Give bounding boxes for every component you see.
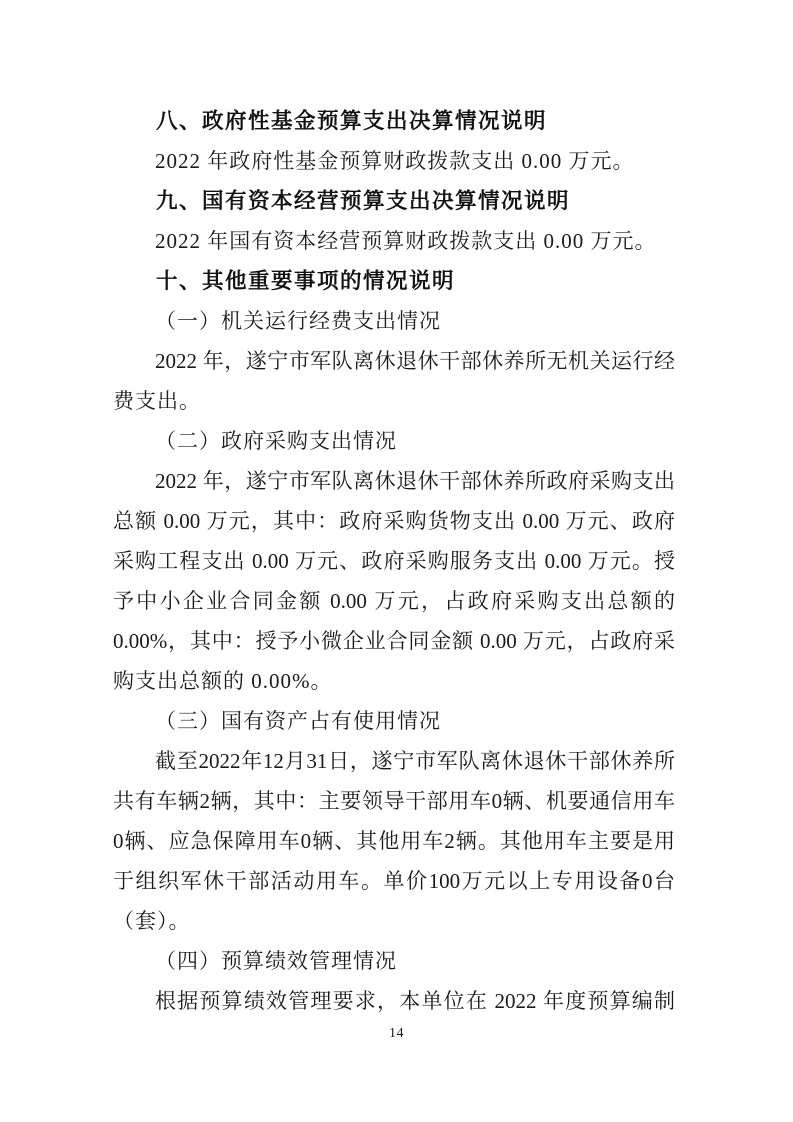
paragraph-line: 共有车辆2辆，其中：主要领导干部用车0辆、机要通信用车 [113,781,675,821]
paragraph-line: 于组织军休干部活动用车。单价100万元以上专用设备0台 [113,861,675,901]
section-heading-line: 十、其他重要事项的情况说明 [113,261,675,301]
document-page: 八、政府性基金预算支出决算情况说明2022 年政府性基金预算财政拨款支出 0.0… [0,0,793,1122]
paragraph-line: （套）。 [113,901,675,941]
document-viewer: { "page": { "number": "14" }, "colors": … [0,0,793,1122]
paragraph-line: 2022 年，遂宁市军队离休退休干部休养所政府采购支出 [113,461,675,501]
section-heading-line: 九、国有资本经营预算支出决算情况说明 [113,181,675,221]
paragraph-line: 购支出总额的 0.00%。 [113,661,675,701]
paragraph-line: 2022 年政府性基金预算财政拨款支出 0.00 万元。 [113,141,675,181]
paragraph-line: 2022 年国有资本经营预算财政拨款支出 0.00 万元。 [113,221,675,261]
section-heading-line: 八、政府性基金预算支出决算情况说明 [113,101,675,141]
subsection-heading-line: （三）国有资产占有使用情况 [113,701,675,741]
subsection-heading-line: （四）预算绩效管理情况 [113,941,675,981]
paragraph-line: 截至2022年12月31日，遂宁市军队离休退休干部休养所 [113,741,675,781]
paragraph-line: 0辆、应急保障用车0辆、其他用车2辆。其他用车主要是用 [113,821,675,861]
paragraph-line: 2022 年，遂宁市军队离休退休干部休养所无机关运行经 [113,341,675,381]
paragraph-line: 采购工程支出 0.00 万元、政府采购服务支出 0.00 万元。授 [113,541,675,581]
paragraph-line: 费支出。 [113,381,675,421]
paragraph-line: 予中小企业合同金额 0.00 万元，占政府采购支出总额的 [113,581,675,621]
paragraph-line: 总额 0.00 万元，其中：政府采购货物支出 0.00 万元、政府 [113,501,675,541]
document-content: 八、政府性基金预算支出决算情况说明2022 年政府性基金预算财政拨款支出 0.0… [113,101,675,1021]
paragraph-line: 0.00%，其中：授予小微企业合同金额 0.00 万元，占政府采 [113,621,675,661]
subsection-heading-line: （二）政府采购支出情况 [113,421,675,461]
paragraph-line: 根据预算绩效管理要求，本单位在 2022 年度预算编制 [113,981,675,1021]
page-number: 14 [0,1024,793,1044]
subsection-heading-line: （一）机关运行经费支出情况 [113,301,675,341]
